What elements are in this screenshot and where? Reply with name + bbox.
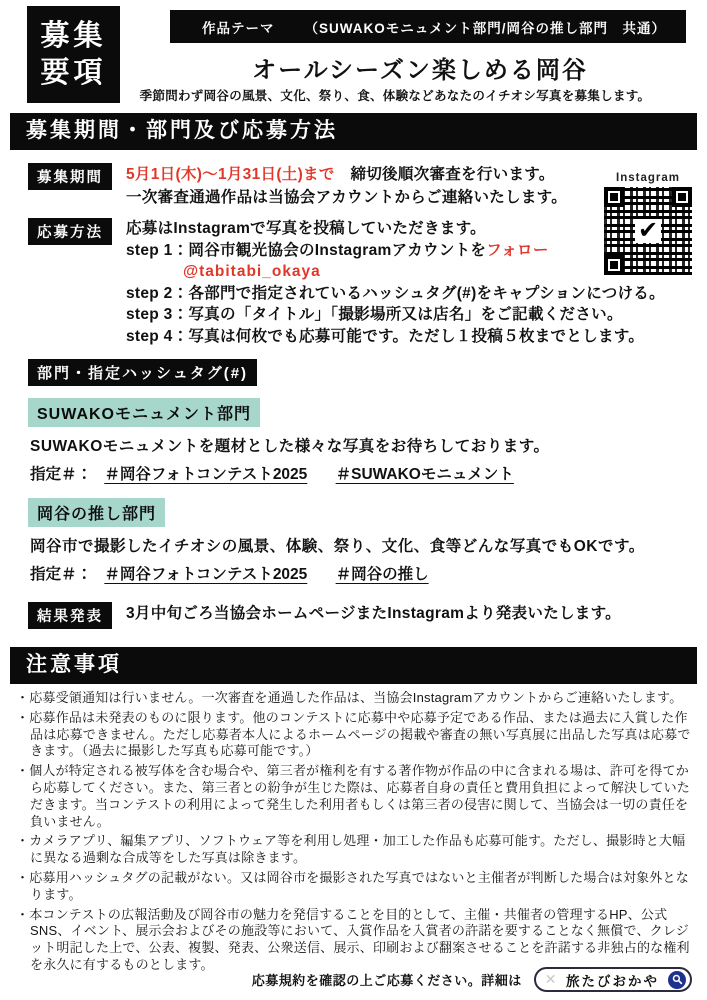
footer: 応募規約を確認の上ご応募ください。詳細は ✕ 旅たびおかや [0, 967, 692, 992]
categories-heading: 部門・指定ハッシュタグ(#) [28, 359, 257, 386]
note-item: ・応募作品は未発表のものに限ります。他のコンテストに応募中や応募予定である作品、… [16, 710, 693, 760]
method-step-2: step 2：各部門で指定されているハッシュタグ(#)をキャプションにつける。 [126, 283, 665, 305]
category-suwako-monument: SUWAKOモニュメント部門 SUWAKOモニュメントを題材とした様々な写真をお… [0, 386, 707, 484]
method-label: 応募方法 [28, 218, 112, 245]
category-name-highlight: 岡谷の推し部門 [28, 498, 165, 527]
period-dates: 5月1日(木)～1月31日(土)まで [126, 166, 335, 183]
search-icon [668, 971, 686, 989]
check-icon: ✔ [604, 187, 692, 275]
search-keyword: 旅たびおかや [566, 970, 659, 990]
footer-text: 応募規約を確認の上ご応募ください。詳細は [252, 970, 522, 989]
hashtag-prefix: 指定＃： [30, 566, 92, 583]
instagram-label: Instagram [602, 172, 694, 184]
hashtag: ＃岡谷フォトコンテスト2025 [104, 466, 307, 483]
method-step-3: step 3：写真の「タイトル」「撮影場所又は店名」をご記載ください。 [126, 304, 665, 326]
period-label: 募集期間 [28, 163, 112, 190]
period-line-1: 5月1日(木)～1月31日(土)まで 締切後順次審査を行います。 [126, 163, 567, 186]
note-item: ・個人が特定される被写体を含む場合や、第三者が権利を有する著作物が作品の中に含ま… [16, 763, 693, 830]
result-row: 結果発表 3月中旬ごろ当協会ホームページまたInstagramより発表いたします… [28, 602, 707, 629]
badge-line-1: 募集 [40, 22, 106, 51]
note-item: ・カメラアプリ、編集アプリ、ソフトウェア等を利用し処理・加工した作品も応募可能す… [16, 833, 693, 867]
method-steps: 応募はInstagramで写真を投稿していただきます。 step 1：岡谷市観光… [126, 218, 665, 347]
period-line-1-rest: 締切後順次審査を行います。 [335, 166, 555, 183]
category-name-highlight: SUWAKOモニュメント部門 [28, 398, 260, 427]
instagram-account-handle: @tabitabi_okaya [183, 261, 665, 283]
page-subtitle: 季節問わず岡谷の風景、文化、祭り、食、体験などあなたのイチオシ写真を募集します。 [90, 86, 700, 104]
badge-line-2: 要項 [40, 59, 106, 88]
hashtag: ＃岡谷フォトコンテスト2025 [104, 566, 307, 583]
category-description: SUWAKOモニュメントを題材とした様々な写真をお待ちしております。 [30, 434, 707, 456]
hashtag-prefix: 指定＃： [30, 466, 92, 483]
hashtag: ＃岡谷の推し [336, 566, 429, 583]
period-text: 5月1日(木)～1月31日(土)まで 締切後順次審査を行います。 一次審査通過作… [126, 163, 567, 209]
category-hashtags: 指定＃： ＃岡谷フォトコンテスト2025 ＃岡谷の推し [30, 562, 707, 584]
method-step-1: step 1：岡谷市観光協会のInstagramアカウントをフォロー [126, 240, 665, 262]
theme-bar: 作品テーマ （SUWAKOモニュメント部門/岡谷の推し部門 共通） [170, 10, 686, 43]
page-title: オールシーズン楽しめる岡谷 [150, 50, 690, 85]
section-heading-notes: 注意事項 [10, 647, 697, 684]
category-hashtags: 指定＃： ＃岡谷フォトコンテスト2025 ＃SUWAKOモニュメント [30, 462, 707, 484]
category-description: 岡谷市で撮影したイチオシの風景、体験、祭り、文化、食等どんな写真でもOKです。 [30, 534, 707, 556]
note-item: ・応募受領通知は行いません。一次審査を通過した作品は、当協会Instagramア… [16, 690, 693, 707]
notes-list: ・応募受領通知は行いません。一次審査を通過した作品は、当協会Instagramア… [16, 690, 693, 974]
result-label: 結果発表 [28, 602, 112, 629]
method-intro: 応募はInstagramで写真を投稿していただきます。 [126, 218, 665, 240]
tabitabi-okaya-search-button[interactable]: ✕ 旅たびおかや [534, 967, 692, 992]
method-step-4: step 4：写真は何枚でも応募可能です。ただし１投稿５枚までとします。 [126, 326, 665, 348]
close-icon: ✕ [545, 971, 557, 988]
section-heading-apply: 募集期間・部門及び応募方法 [10, 113, 697, 150]
category-okaya-favorite: 岡谷の推し部門 岡谷市で撮影したイチオシの風景、体験、祭り、文化、食等どんな写真… [0, 484, 707, 584]
result-text: 3月中旬ごろ当協会ホームページまたInstagramより発表いたします。 [126, 602, 621, 625]
follow-emphasis: フォロー [486, 242, 548, 259]
note-item: ・応募用ハッシュタグの記載がない。又は岡谷市を撮影された写真ではないと主催者が判… [16, 870, 693, 904]
theme-note: （SUWAKOモニュメント部門/岡谷の推し部門 共通） [305, 17, 667, 37]
period-line-2: 一次審査通過作品は当協会アカウントからご連絡いたします。 [126, 186, 567, 209]
hashtag: ＃SUWAKOモニュメント [336, 466, 514, 483]
theme-label: 作品テーマ [202, 17, 275, 37]
instagram-qr-code: ✔ [604, 187, 692, 275]
note-item: ・本コンテストの広報活動及び岡谷市の魅力を発信することを目的として、主催・共催者… [16, 907, 693, 974]
instagram-qr-block: Instagram ✔ [602, 172, 694, 275]
